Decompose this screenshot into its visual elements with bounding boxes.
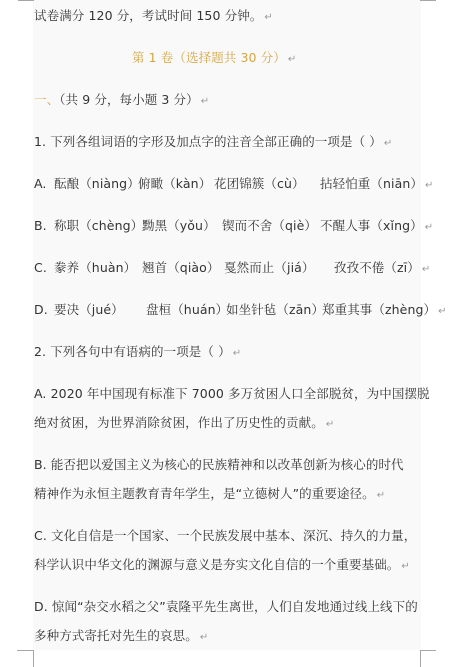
paragraph-mark-icon: ↵ xyxy=(326,419,334,430)
option-text: 惊闻“杂交水稻之父”袁隆平先生离世，人们自发地通过线上线下的 xyxy=(52,599,418,614)
question-2-option-b-line-2: 精神作为永恒主题教育青年学生，是“立德树人”的重要途径。↵ xyxy=(34,486,385,504)
option-text: 2020 年中国现有标准下 7000 多万贫困人口全部脱贫，为中国摆脱 xyxy=(51,386,430,401)
option-item: 要决（jué） xyxy=(54,302,146,318)
question-2-option-c-line-1: C. 文化自信是一个国家、一个民族发展中基本、深沉、持久的力量， xyxy=(34,528,416,544)
option-text: 精神作为永恒主题教育青年学生，是“立德树人”的重要途径。 xyxy=(34,486,375,501)
option-item: 戛然而止（jiá） xyxy=(224,260,334,276)
intro-label: 试卷满分 120 分，考试时间 150 分钟。 xyxy=(34,8,262,23)
option-item: 豢养（huàn） xyxy=(54,260,142,276)
option-item: 黝黑（yǒu） xyxy=(142,218,222,234)
paragraph-mark-icon: ↵ xyxy=(422,264,430,275)
intro-text: 试卷满分 120 分，考试时间 150 分钟。↵ xyxy=(34,8,273,26)
option-text: 科学认识中华文化的渊源与意义是夯实文化自信的一个重要基础。 xyxy=(34,557,399,572)
paragraph-mark-icon: ↵ xyxy=(401,561,409,572)
option-label: D. xyxy=(34,599,48,614)
question-1-option-b: B.称职（chèng）黝黑（yǒu）锲而不舍（qiè）不醒人事（xǐng）↵ xyxy=(34,218,433,236)
corner-mark-top-right xyxy=(420,0,436,1)
paragraph-mark-icon: ↵ xyxy=(288,54,296,65)
option-label: B. xyxy=(34,218,54,234)
option-item: 锲而不舍（qiè） xyxy=(222,218,320,234)
option-text: 绝对贫困，为世界消除贫困，作出了历史性的贡献。 xyxy=(34,415,324,430)
question-1-option-d: D.要决（jué）盘桓（huán）如坐针毡（zān）郑重其事（zhèng）↵ xyxy=(34,302,447,320)
question-2-stem: 2. 下列各句中有语病的一项是（ ）↵ xyxy=(34,344,241,362)
paragraph-mark-icon: ↵ xyxy=(264,12,272,23)
paragraph-mark-icon: ↵ xyxy=(201,96,209,107)
part-heading: 一、（共 9 分，每小题 3 分）↵ xyxy=(34,92,209,110)
question-2-option-a-line-2: 绝对贫困，为世界消除贫困，作出了历史性的贡献。↵ xyxy=(34,415,334,433)
option-item: 郑重其事（zhèng） xyxy=(322,302,436,318)
paragraph-mark-icon: ↵ xyxy=(377,490,385,501)
option-item: 花团锦簇（cù） xyxy=(214,176,320,192)
option-item: 翘首（qiào） xyxy=(142,260,224,276)
option-item: 酝酿（niàng） xyxy=(54,176,138,192)
option-label: D. xyxy=(34,302,54,318)
paragraph-mark-icon: ↵ xyxy=(200,632,208,643)
paragraph-mark-icon: ↵ xyxy=(425,180,433,191)
option-text: 能否把以爱国主义为核心的民族精神和以改革创新为核心的时代 xyxy=(51,457,404,472)
option-label: A. xyxy=(34,386,47,401)
part-title: （共 9 分，每小题 3 分） xyxy=(59,92,199,107)
option-label: C. xyxy=(34,528,47,543)
section-title-label: 第 1 卷（选择题共 30 分） xyxy=(132,50,286,65)
option-item: 盘桓（huán） xyxy=(146,302,226,318)
question-2-option-a-line-1: A. 2020 年中国现有标准下 7000 多万贫困人口全部脱贫，为中国摆脱 xyxy=(34,386,430,402)
question-1-option-a: A.酝酿（niàng）俯瞰（kàn）花团锦簇（cù）拈轻怕重（niān）↵ xyxy=(34,176,433,194)
question-stem: 1. 下列各组词语的字形及加点字的注音全部正确的一项是（ ） xyxy=(34,134,382,149)
option-item: 称职（chèng） xyxy=(54,218,142,234)
option-label: C. xyxy=(34,260,54,276)
paragraph-mark-icon: ↵ xyxy=(233,348,241,359)
option-label: B. xyxy=(34,457,47,472)
corner-mark-top-left xyxy=(18,0,34,1)
question-2-option-d-line-2: 多种方式寄托对先生的哀思。↵ xyxy=(34,628,208,646)
question-2-option-b-line-1: B. 能否把以爱国主义为核心的民族精神和以改革创新为核心的时代 xyxy=(34,457,404,473)
option-text: 文化自信是一个国家、一个民族发展中基本、深沉、持久的力量， xyxy=(51,528,416,543)
option-label: A. xyxy=(34,176,54,192)
question-2-option-c-line-2: 科学认识中华文化的渊源与意义是夯实文化自信的一个重要基础。↵ xyxy=(34,557,410,575)
paragraph-mark-icon: ↵ xyxy=(384,138,392,149)
question-1-option-c: C.豢养（huàn）翘首（qiào）戛然而止（jiá）孜孜不倦（zī）↵ xyxy=(34,260,430,278)
paragraph-mark-icon: ↵ xyxy=(438,306,446,317)
section-title: 第 1 卷（选择题共 30 分）↵ xyxy=(132,50,296,68)
paragraph-mark-icon: ↵ xyxy=(425,222,433,233)
corner-mark-bottom-left-h xyxy=(17,650,34,651)
option-text: 多种方式寄托对先生的哀思。 xyxy=(34,628,198,643)
option-item: 孜孜不倦（zī） xyxy=(334,260,420,276)
option-item: 拈轻怕重（niān） xyxy=(320,176,423,192)
corner-mark-bottom-left-v xyxy=(33,650,34,667)
option-item: 俯瞰（kàn） xyxy=(138,176,214,192)
corner-mark-bottom-right-v xyxy=(420,650,421,667)
part-prefix: 一、 xyxy=(34,92,59,107)
question-stem: 2. 下列各句中有语病的一项是（ ） xyxy=(34,344,231,359)
question-2-option-d-line-1: D. 惊闻“杂交水稻之父”袁隆平先生离世，人们自发地通过线上线下的 xyxy=(34,599,418,615)
question-1-stem: 1. 下列各组词语的字形及加点字的注音全部正确的一项是（ ）↵ xyxy=(34,134,392,152)
option-item: 如坐针毡（zān） xyxy=(226,302,322,318)
corner-mark-bottom-right-h xyxy=(420,650,436,651)
option-item: 不醒人事（xǐng） xyxy=(320,218,423,234)
